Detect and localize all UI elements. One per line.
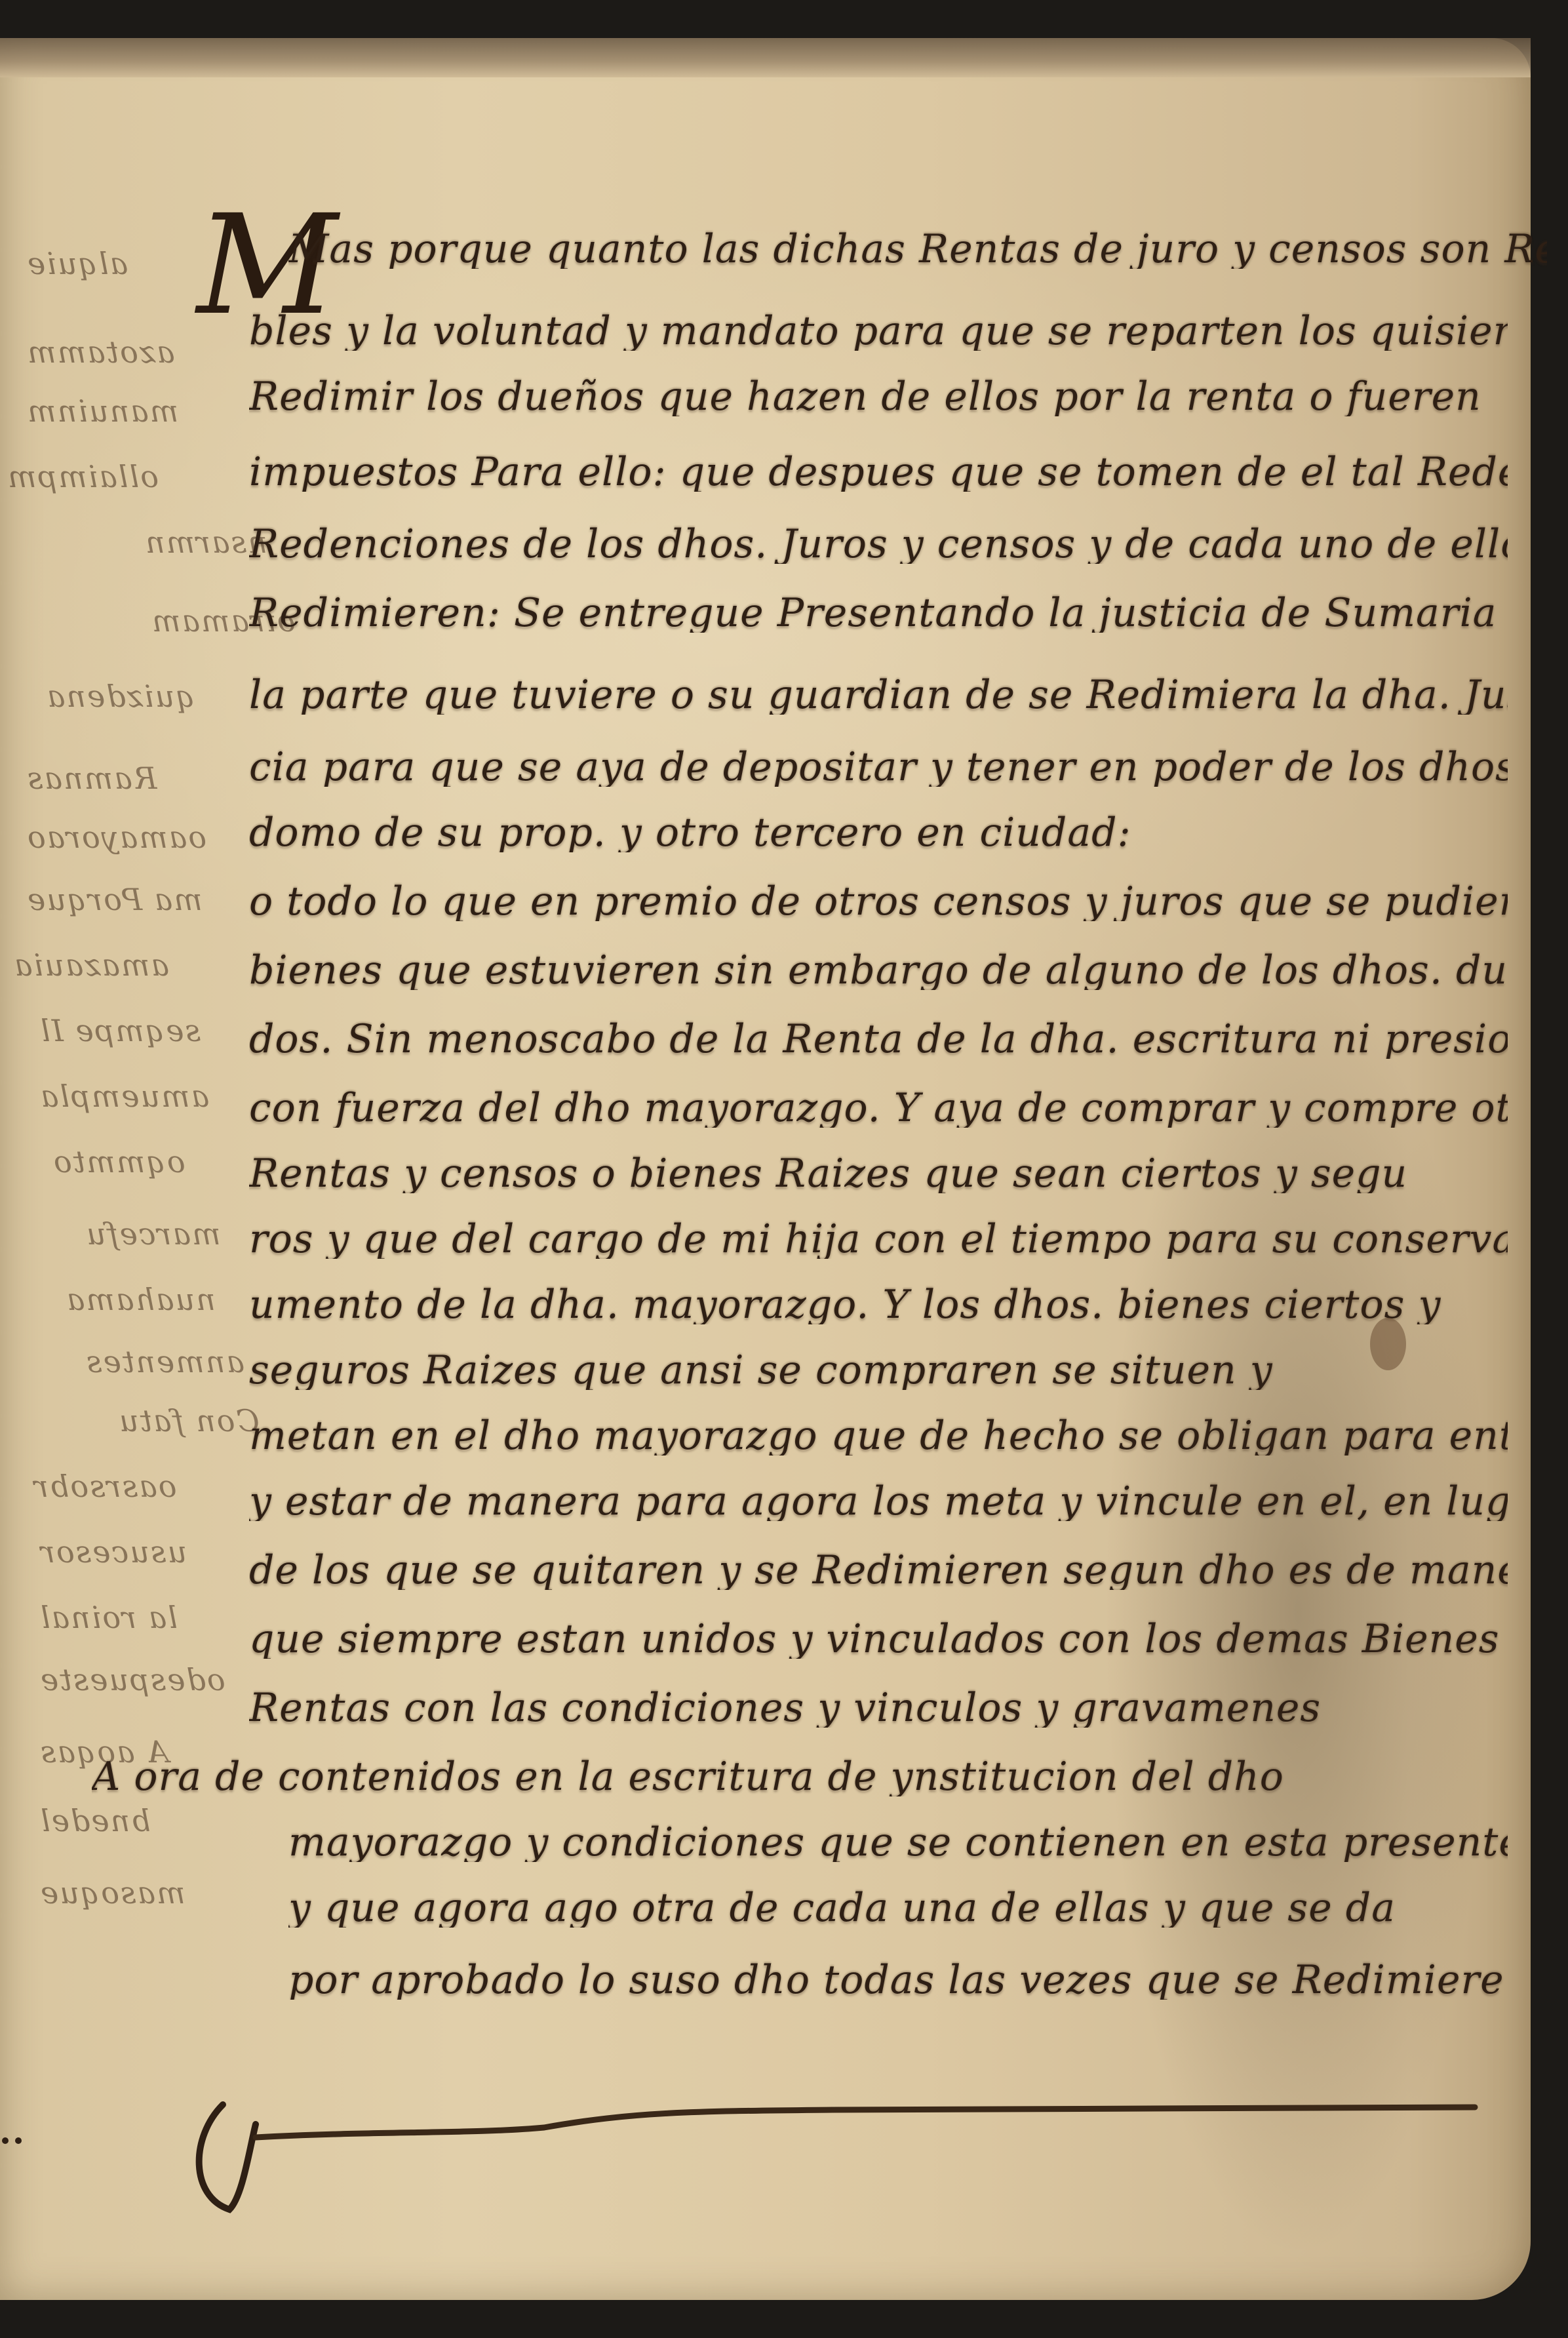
margin-bleed-fragment: alquie <box>26 246 128 281</box>
text-line-14: Rentas y censos o bienes Raizes que sean… <box>249 1154 1508 1193</box>
margin-dots-icon <box>0 2121 26 2160</box>
text-line-11: bienes que estuvieren sin embargo de alg… <box>249 951 1508 990</box>
margin-bleed-fragment: quizdena <box>46 679 195 714</box>
margin-bleed-fragment: usucesor <box>39 1534 187 1570</box>
text-line-22: Rentas con las condiciones y vinculos y … <box>249 1688 1508 1728</box>
text-line-17: seguros Raizes que ansi se compraren se … <box>249 1351 1508 1390</box>
text-line-7: la parte que tuviere o su guardian de se… <box>249 675 1508 715</box>
text-line-20: de los que se quitaren y se Redimieren s… <box>249 1551 1508 1590</box>
margin-bleed-fragment: anmentes <box>85 1344 245 1379</box>
margin-bleed-fragment: Ramnas <box>26 761 157 796</box>
text-line-23: A ora de contenidos en la escritura de y… <box>92 1757 1508 1796</box>
margin-bleed-fragment: amazauia <box>13 947 169 983</box>
margin-bleed-fragment: marcefu <box>85 1216 221 1252</box>
text-line-24: mayorazgo y condiciones que se contienen… <box>288 1823 1508 1862</box>
text-line-12: dos. Sin menoscabo de la Renta de la dha… <box>249 1020 1508 1059</box>
text-line-16: umento de la dha. mayorazgo. Y los dhos.… <box>249 1285 1508 1324</box>
text-line-21: que siempre estan unidos y vinculados co… <box>249 1619 1508 1659</box>
margin-bleed-fragment: oasrsobr <box>33 1469 176 1504</box>
text-line-3: Redimir los dueños que hazen de ellos po… <box>249 377 1508 416</box>
margin-bleed-fragment: oqmmto <box>52 1144 186 1179</box>
margin-bleed-fragment: masoque <box>39 1875 186 1911</box>
text-line-8: cia para que se aya de depositar y tener… <box>249 747 1508 787</box>
ink-stain <box>1370 1318 1406 1370</box>
text-line-5: Redenciones de los dhos. Juros y censos … <box>249 525 1508 564</box>
text-line-6: Redimieren: Se entregue Presentando la j… <box>249 593 1508 633</box>
text-line-18: metan en el dho mayorazgo que de hecho s… <box>249 1416 1508 1456</box>
margin-bleed-fragment: la roinal <box>39 1600 178 1635</box>
margin-bleed-fragment: amuempla <box>39 1079 209 1114</box>
margin-bleed-fragment: manuinm <box>26 393 178 429</box>
text-line-1: Mas porque quanto las dichas Rentas de j… <box>288 229 1547 269</box>
text-line-25: y que agora ago otra de cada una de ella… <box>288 1888 1508 1928</box>
margin-bleed-fragment: odespueste <box>39 1662 225 1697</box>
text-line-26: por aprobado lo suso dho todas las vezes… <box>288 1960 1508 2000</box>
margin-bleed-fragment: bnedel <box>39 1803 151 1838</box>
margin-bleed-fragment: Con fatu <box>118 1403 260 1438</box>
margin-bleed-fragment: azotamm <box>26 334 175 370</box>
closing-flourish-icon <box>177 2098 1488 2229</box>
margin-bleed-fragment: ma Porque <box>26 882 203 917</box>
torn-top-edge <box>0 38 1531 77</box>
margin-bleed-fragment: seqmpe Il <box>39 1013 201 1048</box>
text-line-2: bles y la voluntad y mandato para que se… <box>249 311 1508 351</box>
text-line-4: impuestos Para ello: que despues que se … <box>249 452 1508 492</box>
margin-bleed-fragment: nuahama <box>66 1282 216 1317</box>
text-line-19: y estar de manera para agora los meta y … <box>249 1482 1508 1521</box>
margin-bleed-fragment: ollaimpm <box>7 459 159 494</box>
text-line-9: domo de su prop. y otro tercero en ciuda… <box>249 813 1508 852</box>
margin-bleed-fragment: oamayorao <box>26 820 206 855</box>
text-line-13: con fuerza del dho mayorazgo. Y aya de c… <box>249 1088 1508 1128</box>
text-line-15: ros y que del cargo de mi hija con el ti… <box>249 1219 1508 1259</box>
text-line-10: o todo lo que en premio de otros censos … <box>249 882 1508 921</box>
